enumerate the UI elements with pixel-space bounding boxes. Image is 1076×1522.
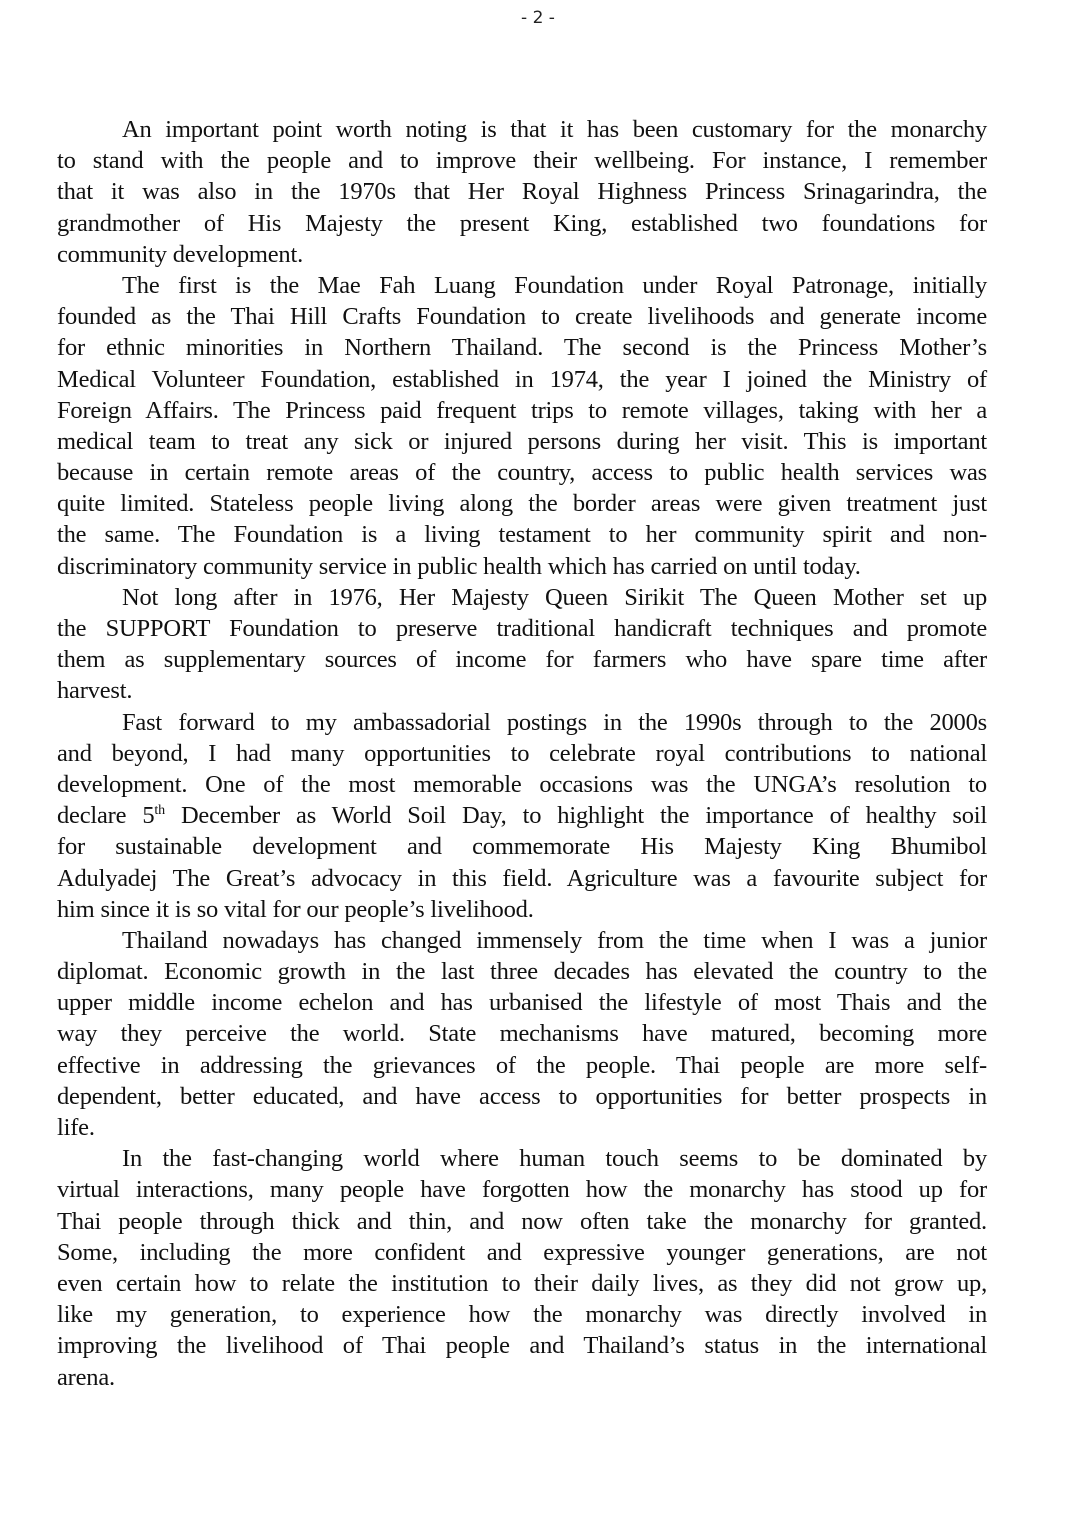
text-line: like my generation, to experience how th… xyxy=(57,1299,987,1330)
text-line: Not long after in 1976, Her Majesty Quee… xyxy=(57,582,987,613)
paragraph-1: An important point worth noting is that … xyxy=(57,114,987,270)
text-line: An important point worth noting is that … xyxy=(57,114,987,145)
text-line: to stand with the people and to improve … xyxy=(57,145,987,176)
text-line: Adulyadej The Great’s advocacy in this f… xyxy=(57,863,987,894)
text-line: the SUPPORT Foundation to preserve tradi… xyxy=(57,613,987,644)
text-line: harvest. xyxy=(57,675,987,706)
paragraph-6: In the fast-changing world where human t… xyxy=(57,1143,987,1393)
text-line: for ethnic minorities in Northern Thaila… xyxy=(57,332,987,363)
text-line: that it was also in the 1970s that Her R… xyxy=(57,176,987,207)
text-line: Some, including the more confident and e… xyxy=(57,1237,987,1268)
text-line: because in certain remote areas of the c… xyxy=(57,457,987,488)
text-line: the same. The Foundation is a living tes… xyxy=(57,519,987,550)
paragraph-2: The first is the Mae Fah Luang Foundatio… xyxy=(57,270,987,582)
text-line: dependent, better educated, and have acc… xyxy=(57,1081,987,1112)
text-line: arena. xyxy=(57,1362,987,1393)
text-line: and beyond, I had many opportunities to … xyxy=(57,738,987,769)
text-line: life. xyxy=(57,1112,987,1143)
text-line: Thai people through thick and thin, and … xyxy=(57,1206,987,1237)
text-line: upper middle income echelon and has urba… xyxy=(57,987,987,1018)
page-number: - 2 - xyxy=(0,8,1076,28)
text-line: effective in addressing the grievances o… xyxy=(57,1050,987,1081)
paragraph-4: Fast forward to my ambassadorial posting… xyxy=(57,707,987,925)
paragraph-3: Not long after in 1976, Her Majesty Quee… xyxy=(57,582,987,707)
text-line: Thailand nowadays has changed immensely … xyxy=(57,925,987,956)
text-line: community development. xyxy=(57,239,987,270)
text-line: for sustainable development and commemor… xyxy=(57,831,987,862)
text-line: grandmother of His Majesty the present K… xyxy=(57,208,987,239)
text-line: medical team to treat any sick or injure… xyxy=(57,426,987,457)
text-line: development. One of the most memorable o… xyxy=(57,769,987,800)
text-line: quite limited. Stateless people living a… xyxy=(57,488,987,519)
text-line: In the fast-changing world where human t… xyxy=(57,1143,987,1174)
text-line: them as supplementary sources of income … xyxy=(57,644,987,675)
text-line: virtual interactions, many people have f… xyxy=(57,1174,987,1205)
text-line: founded as the Thai Hill Crafts Foundati… xyxy=(57,301,987,332)
text-line: diplomat. Economic growth in the last th… xyxy=(57,956,987,987)
text-line: The first is the Mae Fah Luang Foundatio… xyxy=(57,270,987,301)
text-line: even certain how to relate the instituti… xyxy=(57,1268,987,1299)
text-line: Fast forward to my ambassadorial posting… xyxy=(57,707,987,738)
text-line: way they perceive the world. State mecha… xyxy=(57,1018,987,1049)
text-line: him since it is so vital for our people’… xyxy=(57,894,987,925)
text-line: declare 5th December as World Soil Day, … xyxy=(57,800,987,831)
text-line: improving the livelihood of Thai people … xyxy=(57,1330,987,1361)
text-line: Foreign Affairs. The Princess paid frequ… xyxy=(57,395,987,426)
paragraph-5: Thailand nowadays has changed immensely … xyxy=(57,925,987,1143)
text-line: Medical Volunteer Foundation, establishe… xyxy=(57,364,987,395)
document-body: An important point worth noting is that … xyxy=(57,114,987,1393)
text-line: discriminatory community service in publ… xyxy=(57,551,987,582)
